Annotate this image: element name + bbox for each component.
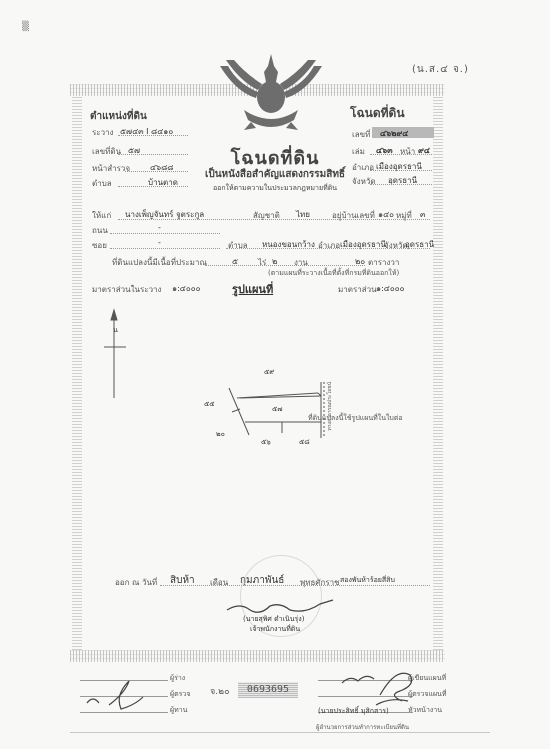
serial-number: 0693695	[238, 682, 298, 698]
scale-plan-label: มาตราส่วน	[338, 283, 377, 296]
issued-month-label: เดือน	[210, 576, 228, 589]
tambon-label: ตำบล	[228, 239, 248, 252]
footer-left-label: ผู้ทาน	[170, 705, 187, 716]
parcel-label: ๕๖	[261, 437, 271, 448]
footer-right-name: (นายประสิทธิ์ มุสิกสาร)	[318, 706, 389, 717]
area-ngan: ๒	[272, 255, 277, 268]
amphoe-label: อำเภอ	[318, 239, 340, 252]
field-underline	[118, 135, 188, 136]
tambon-value: หนองขอนกว้าง	[262, 238, 315, 251]
deed-heading: โฉนดที่ดิน	[350, 104, 405, 123]
field-underline	[226, 248, 430, 249]
north-label: น	[113, 325, 118, 336]
garuda-emblem-icon	[216, 52, 326, 134]
parcel-label-main: ๕๗	[272, 404, 283, 415]
bottom-rule	[70, 732, 490, 733]
location-value: ๕๗๔๓ I ๘๔๑๐	[120, 125, 173, 138]
soi-value: -	[158, 238, 161, 247]
scale-sheet-label: มาตราส่วนในระวาง	[92, 283, 161, 296]
form-code: (น.ส.๔ จ.)	[412, 62, 469, 77]
area-rai: ๕	[232, 255, 238, 268]
parcel-label: ๒๐	[216, 429, 225, 440]
field-underline	[118, 219, 430, 220]
issued-prefix: ออก ณ วันที่	[115, 576, 157, 589]
location-label: ระวาง	[92, 126, 113, 139]
left-signature	[85, 675, 155, 715]
moo-label: หมู่ที่	[396, 209, 412, 222]
deed-number: ๔๖๒๙๔	[380, 127, 408, 140]
house-no-label: อยู่บ้านเลขที่	[332, 209, 375, 222]
plan-vertical-note: ทางสาธารณประโยชน์	[326, 382, 334, 431]
document-subtitle: เป็นหนังสือสำคัญแสดงกรรมสิทธิ์	[0, 167, 550, 182]
parcel-label: ๕๘	[299, 437, 310, 448]
map-title: รูปแผนที่	[232, 280, 273, 298]
footer-left-label: ผู้ร่าง	[170, 673, 185, 684]
location-heading: ตำแหน่งที่ดิน	[90, 109, 147, 124]
owner-to-label: ให้แก่	[92, 209, 111, 222]
footer-right-caption: ผู้อำนวยการส่วนทำการทะเบียนที่ดิน	[316, 722, 409, 732]
scan-mark: ▒	[22, 22, 29, 32]
amphoe-value: เมืองอุดรธานี	[340, 238, 386, 251]
province-value: อุดรธานี	[405, 238, 434, 251]
border-band-bottom	[70, 650, 445, 662]
parcel-label: ๕๙	[264, 367, 274, 378]
scale-plan-value: ๑:๔๐๐๐	[376, 282, 404, 295]
field-underline	[205, 265, 365, 266]
officer-title: เจ้าพนักงานที่ดิน	[250, 624, 300, 635]
field-underline	[110, 233, 220, 234]
area-note: (ตามแผนที่ระวางเนื้อที่ตั้งที่กรมที่ดินอ…	[268, 268, 399, 279]
area-label: ที่ดินแปลงนี้มีเนื้อที่ประมาณ	[112, 256, 207, 269]
deed-label: เลขที่	[352, 128, 370, 141]
plan-note: ที่ดินแปลงนี้ใช้รูปแผนที่ในใบต่อ	[308, 413, 403, 424]
area-wa: ๒๐	[355, 255, 365, 268]
area-rai-label: ไร่	[258, 256, 266, 269]
field-underline	[110, 248, 220, 249]
footer-left-label: ผู้ตรวจ	[170, 689, 190, 700]
road-value: -	[158, 223, 161, 232]
document-subsubtitle: ออกให้ตามความในประมวลกฎหมายที่ดิน	[0, 183, 550, 194]
road-label: ถนน	[92, 224, 108, 237]
parcel-label: ๕๕	[204, 399, 215, 410]
soi-label: ซอย	[92, 239, 107, 252]
land-title-deed-page: ▒ (น.ส.๔ จ.) ตำแหน่งที่ดิน ระวาง ๕๗๔๓ I …	[0, 0, 550, 749]
scale-sheet-value: ๑:๔๐๐๐	[172, 282, 200, 295]
nationality-label: สัญชาติ	[253, 209, 280, 222]
serial-prefix: จ.๒๐	[210, 684, 230, 698]
